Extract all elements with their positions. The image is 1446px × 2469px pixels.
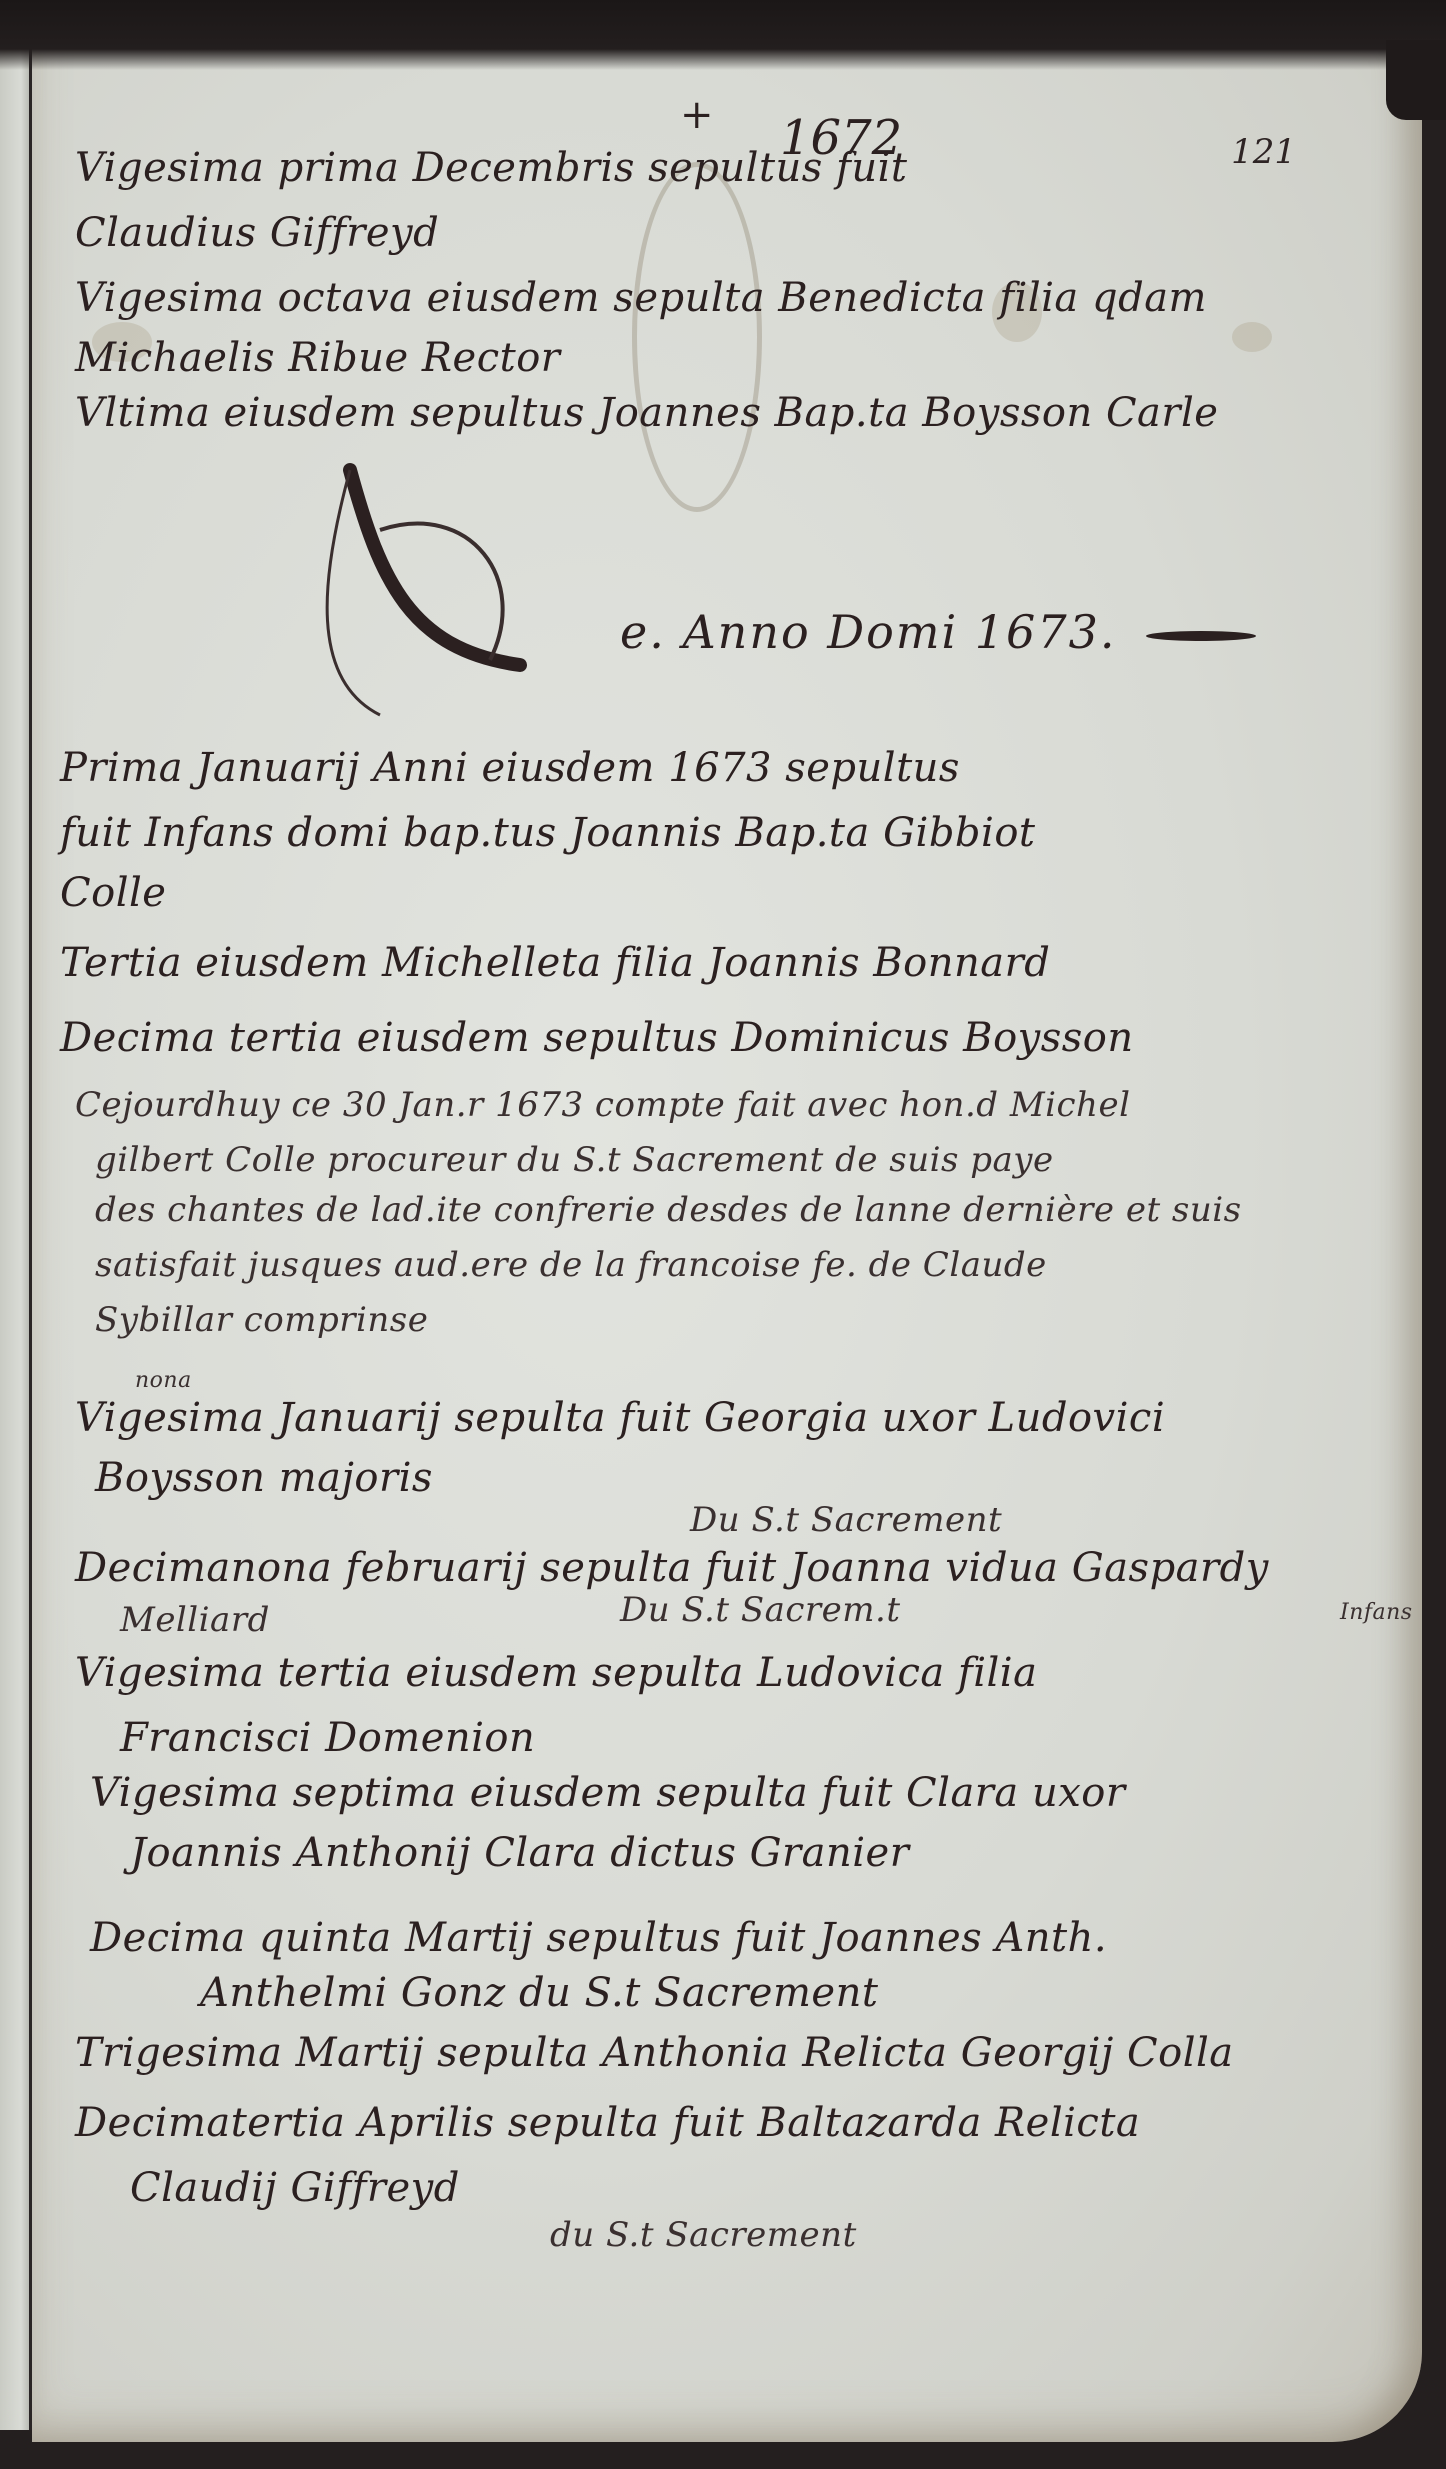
french-note-line: gilbert Colle procureur du S.t Sacrement… — [95, 1140, 1054, 1180]
entry-line: Tertia eiusdem Michelleta filia Joannis … — [60, 940, 1050, 986]
entry-line: fuit Infans domi bap.tus Joannis Bap.ta … — [60, 810, 1035, 856]
entry-line: Vltima eiusdem sepultus Joannes Bap.ta B… — [75, 390, 1218, 436]
entry-line: Melliard — [120, 1600, 270, 1640]
entry-line: Decimatertia Aprilis sepulta fuit Baltaz… — [75, 2100, 1140, 2146]
entry-line: Vigesima prima Decembris sepultus fuit — [75, 145, 907, 191]
paper-stain — [1232, 322, 1272, 352]
entry-line: Decima quinta Martij sepultus fuit Joann… — [90, 1915, 1107, 1961]
burnt-corner — [1386, 40, 1446, 120]
entry-line: Colle — [60, 870, 166, 916]
entry-line: Prima Januarij Anni eiusdem 1673 sepultu… — [60, 745, 960, 791]
year-1673-heading: e. Anno Domi 1673. — [620, 605, 1256, 659]
superscript-note: nona — [135, 1368, 192, 1393]
entry-line: Claudij Giffreyd — [130, 2165, 460, 2211]
page-number: 121 — [1231, 132, 1296, 172]
french-note-line: Sybillar comprinse — [95, 1300, 428, 1340]
manuscript-page — [32, 22, 1422, 2442]
interlinear-annotation: Du S.t Sacrem.t — [620, 1590, 901, 1630]
cross-mark: + — [680, 92, 714, 138]
french-note-line: satisfait jusques aud.ere de la francois… — [95, 1245, 1047, 1285]
entry-line: Vigesima Januarij sepulta fuit Georgia u… — [75, 1395, 1165, 1441]
entry-line: Vigesima tertia eiusdem sepulta Ludovica… — [75, 1650, 1037, 1696]
french-note-line: Cejourdhuy ce 30 Jan.r 1673 compte fait … — [75, 1085, 1130, 1125]
entry-line: Vigesima septima eiusdem sepulta fuit Cl… — [90, 1770, 1126, 1816]
french-note-line: des chantes de lad.ite confrerie desdes … — [95, 1190, 1242, 1230]
entry-line: Michaelis Ribue Rector — [75, 335, 560, 381]
entry-line: Decimanona februarij sepulta fuit Joanna… — [75, 1545, 1269, 1591]
interlinear-annotation: du S.t Sacrement — [550, 2215, 857, 2255]
burnt-top-edge — [0, 0, 1446, 70]
left-page-edge — [0, 30, 30, 2430]
entry-line: Decima tertia eiusdem sepultus Dominicus… — [60, 1015, 1134, 1061]
year-1673-text: e. Anno Domi 1673. — [620, 605, 1116, 659]
entry-line: Anthelmi Gonz du S.t Sacrement — [200, 1970, 878, 2016]
line-filler-dash — [1146, 631, 1256, 641]
decorative-initial-d-icon — [290, 460, 550, 720]
margin-note: Infans — [1340, 1600, 1413, 1625]
interlinear-annotation: Du S.t Sacrement — [690, 1500, 1002, 1540]
entry-line: Boysson majoris — [95, 1455, 433, 1501]
entry-line: Trigesima Martij sepulta Anthonia Relict… — [75, 2030, 1234, 2076]
entry-line: Francisci Domenion — [120, 1715, 535, 1761]
entry-line: Claudius Giffreyd — [75, 210, 439, 256]
entry-line: Vigesima octava eiusdem sepulta Benedict… — [75, 275, 1207, 321]
entry-line: Joannis Anthonij Clara dictus Granier — [130, 1830, 909, 1876]
bleed-through-ink — [632, 162, 762, 512]
